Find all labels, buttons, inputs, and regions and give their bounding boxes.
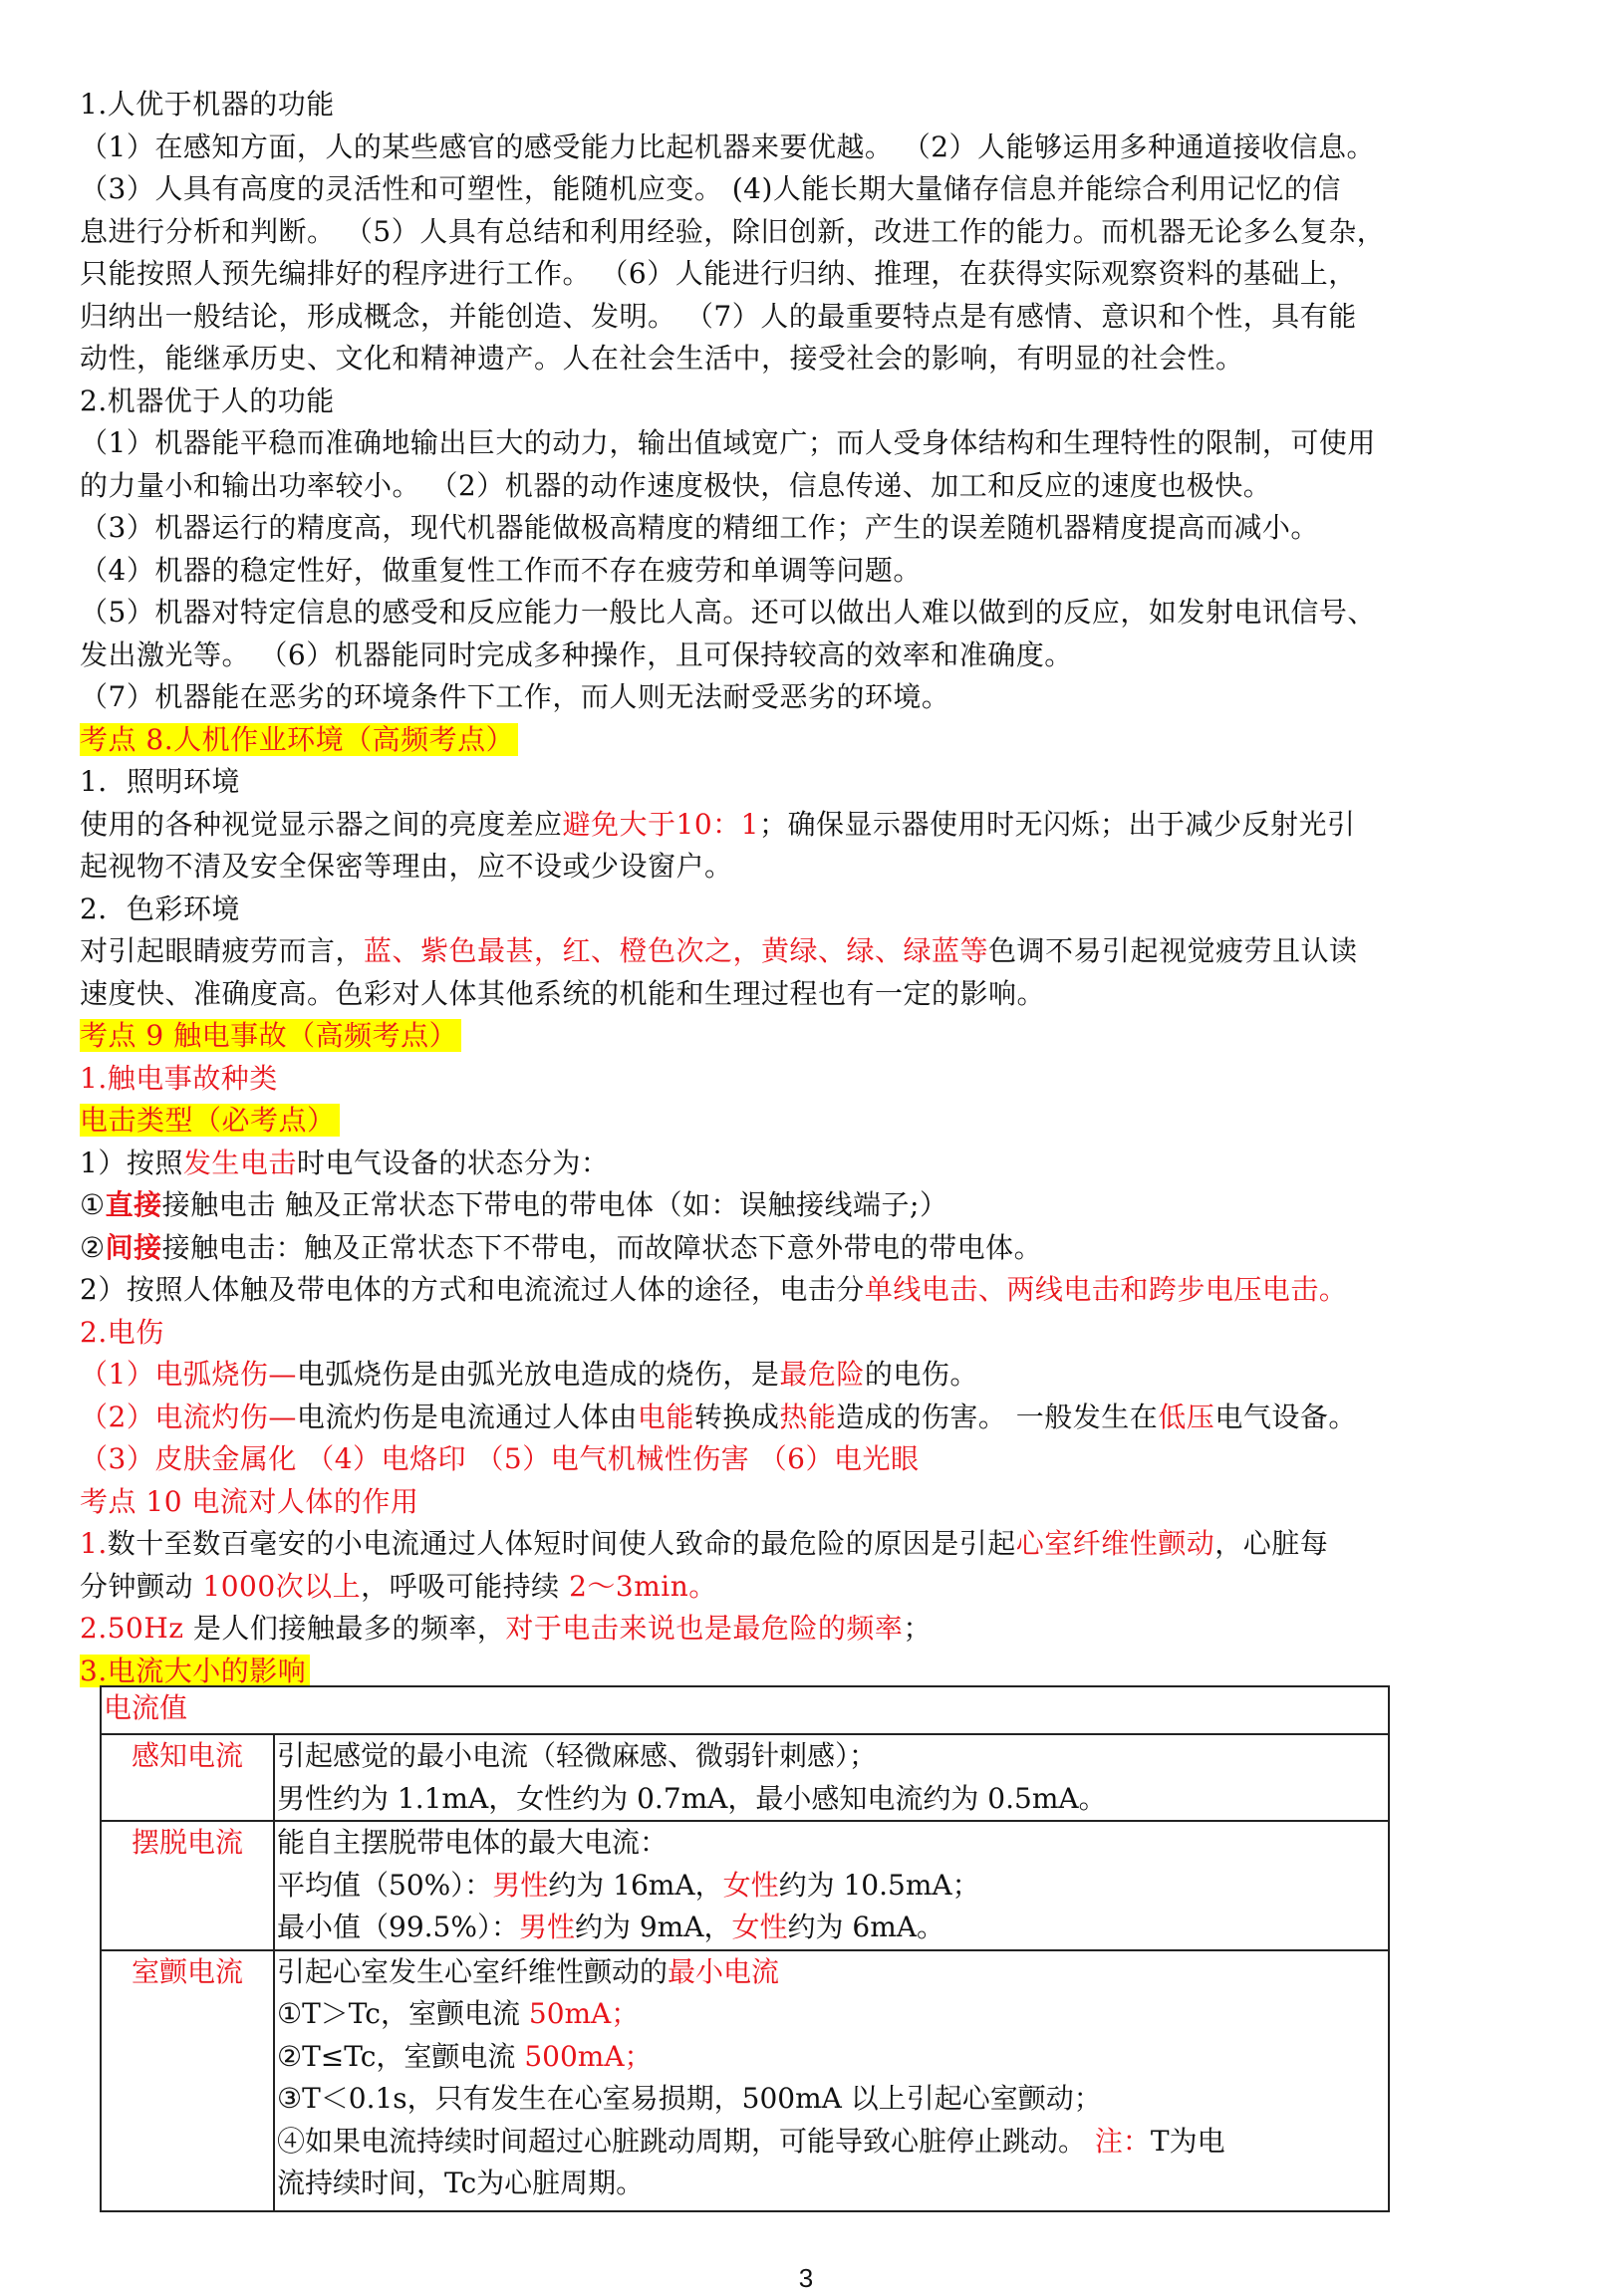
paragraph-line: ①直接接触电击 触及正常状态下带电的带电体（如：误触接线端子;） — [80, 1184, 1524, 1227]
highlighted-topic-title: 考点 8.人机作业环境（高频考点） — [80, 723, 518, 756]
paragraph-line: （3）皮肤金属化 （4）电烙印 （5）电气机械性伤害 （6）电光眼 — [80, 1438, 1524, 1481]
paragraph-line: 速度快、准确度高。色彩对人体其他系统的机能和生理过程也有一定的影响。 — [80, 973, 1524, 1016]
page-number: 3 — [0, 2263, 1612, 2294]
highlighted-subtitle: 3.电流大小的影响 — [80, 1655, 310, 1687]
paragraph-line: （3）机器运行的精度高，现代机器能做极高精度的精细工作；产生的误差随机器精度提高… — [80, 507, 1524, 550]
section-heading: 1.人优于机器的功能 — [80, 84, 1524, 127]
paragraph-line: 只能按照人预先编排好的程序进行工作。 （6）人能进行归纳、推理，在获得实际观察资… — [80, 253, 1524, 296]
paragraph-line: 使用的各种视觉显示器之间的亮度差应避免大于10：1；确保显示器使用时无闪烁；出于… — [80, 804, 1524, 847]
paragraph-line: 动性，能继承历史、文化和精神遗产。人在社会生活中，接受社会的影响，有明显的社会性… — [80, 338, 1524, 381]
paragraph-line: （1）在感知方面，人的某些感官的感受能力比起机器来要优越。 （2）人能够运用多种… — [80, 127, 1524, 169]
topic-title: 考点 10 电流对人体的作用 — [80, 1481, 1524, 1524]
row-content: 引起感觉的最小电流（轻微麻感、微弱针刺感）； 男性约为 1.1mA，女性约为 0… — [274, 1734, 1389, 1821]
document-page: 1.人优于机器的功能 （1）在感知方面，人的某些感官的感受能力比起机器来要优越。… — [80, 84, 1524, 1692]
highlighted-subtitle: 电击类型（必考点） — [80, 1104, 340, 1137]
table-row: 室颤电流 引起心室发生心室纤维性颤动的最小电流 ①T＞Tc，室颤电流 50mA；… — [101, 1950, 1389, 2211]
paragraph-line: 的力量小和输出功率较小。 （2）机器的动作速度极快，信息传递、加工和反应的速度也… — [80, 465, 1524, 508]
highlighted-topic-title: 考点 9 触电事故（高频考点） — [80, 1019, 461, 1052]
paragraph-line: 归纳出一般结论，形成概念，并能创造、发明。 （7）人的最重要特点是有感情、意识和… — [80, 296, 1524, 339]
table-header: 电流值 — [101, 1686, 1389, 1734]
paragraph-line: 1.数十至数百毫安的小电流通过人体短时间使人致命的最危险的原因是引起心室纤维性颤… — [80, 1523, 1524, 1566]
table-row: 感知电流 引起感觉的最小电流（轻微麻感、微弱针刺感）； 男性约为 1.1mA，女… — [101, 1734, 1389, 1821]
paragraph-line: （3）人具有高度的灵活性和可塑性，能随机应变。 (4)人能长期大量储存信息并能综… — [80, 168, 1524, 211]
paragraph-line: 起视物不清及安全保密等理由，应不设或少设窗户。 — [80, 846, 1524, 889]
paragraph-line: 发出激光等。 （6）机器能同时完成多种操作，且可保持较高的效率和准确度。 — [80, 635, 1524, 677]
row-label: 室颤电流 — [101, 1950, 274, 2211]
paragraph-line: ②间接接触电击：触及正常状态下不带电，而故障状态下意外带电的带电体。 — [80, 1227, 1524, 1270]
table-row: 摆脱电流 能自主摆脱带电体的最大电流： 平均值（50%）：男性约为 16mA，女… — [101, 1821, 1389, 1950]
paragraph-line: （7）机器能在恶劣的环境条件下工作，而人则无法耐受恶劣的环境。 — [80, 676, 1524, 719]
section-heading: 2.机器优于人的功能 — [80, 381, 1524, 423]
subheading: 2.电伤 — [80, 1312, 1524, 1355]
subheading: 1.触电事故种类 — [80, 1058, 1524, 1101]
paragraph-line: 分钟颤动 1000次以上，呼吸可能持续 2～3min。 — [80, 1566, 1524, 1609]
paragraph-line: 息进行分析和判断。 （5）人具有总结和利用经验，除旧创新，改进工作的能力。而机器… — [80, 211, 1524, 254]
row-content: 能自主摆脱带电体的最大电流： 平均值（50%）：男性约为 16mA，女性约为 1… — [274, 1821, 1389, 1950]
paragraph-line: 1）按照发生电击时电气设备的状态分为： — [80, 1143, 1524, 1185]
paragraph-line: 2.50Hz 是人们接触最多的频率，对于电击来说也是最危险的频率； — [80, 1608, 1524, 1651]
paragraph-line: （2）电流灼伤—电流灼伤是电流通过人体由电能转换成热能造成的伤害。 一般发生在低… — [80, 1397, 1524, 1439]
paragraph-line: 对引起眼睛疲劳而言，蓝、紫色最甚，红、橙色次之，黄绿、绿、绿蓝等色调不易引起视觉… — [80, 930, 1524, 973]
paragraph-line: （4）机器的稳定性好，做重复性工作而不存在疲劳和单调等问题。 — [80, 550, 1524, 593]
row-content: 引起心室发生心室纤维性颤动的最小电流 ①T＞Tc，室颤电流 50mA； ②T≤T… — [274, 1950, 1389, 2211]
subheading: 2．色彩环境 — [80, 889, 1524, 931]
row-label: 感知电流 — [101, 1734, 274, 1821]
paragraph-line: （5）机器对特定信息的感受和反应能力一般比人高。还可以做出人难以做到的反应，如发… — [80, 592, 1524, 635]
paragraph-line: （1）机器能平稳而准确地输出巨大的动力，输出值域宽广；而人受身体结构和生理特性的… — [80, 422, 1524, 465]
paragraph-line: （1）电弧烧伤—电弧烧伤是由弧光放电造成的烧伤，是最危险的电伤。 — [80, 1354, 1524, 1397]
paragraph-line: 2）按照人体触及带电体的方式和电流流过人体的途径，电击分单线电击、两线电击和跨步… — [80, 1269, 1524, 1312]
row-label: 摆脱电流 — [101, 1821, 274, 1950]
current-effects-table: 电流值 感知电流 引起感觉的最小电流（轻微麻感、微弱针刺感）； 男性约为 1.1… — [100, 1685, 1390, 2212]
subheading: 1．照明环境 — [80, 761, 1524, 804]
